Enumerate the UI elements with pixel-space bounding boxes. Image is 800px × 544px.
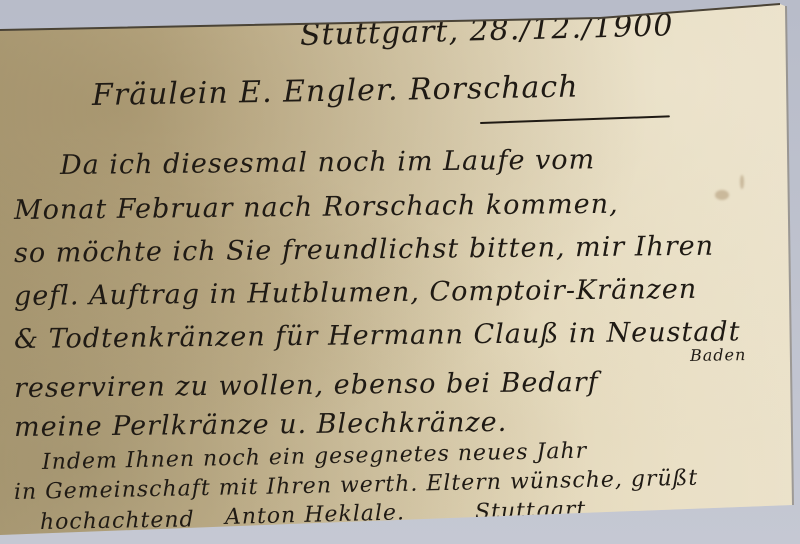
body-line-10: hochachtend bbox=[40, 507, 195, 535]
body-line-5: & Todtenkränzen für Hermann Clauß in Neu… bbox=[14, 316, 741, 355]
paper-stain bbox=[715, 190, 729, 200]
insertion-above-line: Baden bbox=[690, 345, 747, 365]
place-date: Stuttgart, 28./12./1900 bbox=[300, 8, 674, 53]
body-line-6: reserviren zu wollen, ebenso bei Bedarf bbox=[14, 367, 599, 404]
signature-place: Stuttgart bbox=[475, 497, 587, 525]
paper-stain bbox=[740, 175, 744, 189]
addressee-underline bbox=[480, 115, 670, 124]
body-line-1: Da ich diesesmal noch im Laufe vom bbox=[60, 144, 595, 181]
photo-background: Stuttgart, 28./12./1900 Fräulein E. Engl… bbox=[0, 0, 800, 544]
addressee-line: Fräulein E. Engler. Rorschach bbox=[92, 70, 579, 113]
body-line-4: gefl. Auftrag in Hutblumen, Comptoir-Krä… bbox=[14, 274, 698, 312]
postcard: Stuttgart, 28./12./1900 Fräulein E. Engl… bbox=[0, 0, 800, 544]
body-line-7: meine Perlkränze u. Blechkränze. bbox=[14, 407, 508, 443]
body-line-3: so möchte ich Sie freundlichst bitten, m… bbox=[14, 231, 714, 269]
signature-name: Anton Heklale. bbox=[225, 500, 406, 530]
body-line-2: Monat Februar nach Rorschach kommen, bbox=[14, 189, 619, 226]
